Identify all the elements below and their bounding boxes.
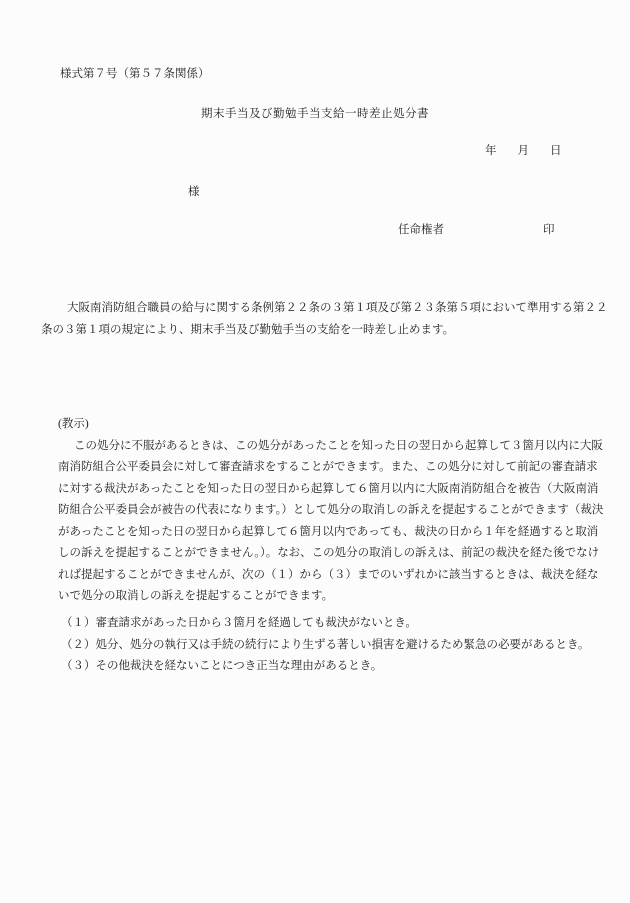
year-label: 年 [485,141,497,163]
kyoji-paragraph-line: 南消防組合公平委員会に対して審査請求をすることができます。また、この処分に対して… [58,457,618,479]
exception-item-1: （１）審査請求があった日から３箇月を経過しても裁決がないとき。 [61,613,616,635]
document-title: 期末手当及び勤勉手当支給一時差止処分書 [0,104,630,126]
exception-item-2: （２）処分、処分の執行又は手続の続行により生ずる著しい損害を避けるため緊急の必要… [61,635,616,657]
kyoji-paragraph-line: いで処分の取消しの訴えを提起することができます。 [58,586,618,608]
document-page: 様式第７号（第５７条関係） 期末手当及び勤勉手当支給一時差止処分書 年 月 日 … [0,0,630,903]
kyoji-paragraph-line: しの訴えを提起することができません。）。なお、この処分の取消しの訴えは、前記の裁… [58,543,618,565]
kyoji-paragraph-line: この処分に不服があるときは、この処分があったことを知った日の翌日から起算して３箇… [58,436,618,458]
issuer-label: 任命権者 [398,220,444,242]
kyoji-label: (教示) [58,414,618,436]
main-paragraph-line: 条の３第１項の規定により、期末手当及び勤勉手当の支給を一時差し止めます。 [41,320,616,342]
day-label: 日 [550,141,562,163]
exception-items: （１）審査請求があった日から３箇月を経過しても裁決がないとき。 （２）処分、処分… [61,613,616,678]
exception-item-3: （３）その他裁決を経ないことにつき正当な理由があるとき。 [61,656,616,678]
kyoji-paragraph-line: 防組合公平委員会が被告の代表になります。）として処分の取消しの訴えを提起すること… [58,500,618,522]
kyoji-paragraph-line: に対する裁決があったことを知った日の翌日から起算して６箇月以内に大阪南消防組合を… [58,479,618,501]
form-number: 様式第７号（第５７条関係） [60,64,210,86]
seal-mark: 印 [543,220,555,242]
kyoji-paragraph-line: があったことを知った日の翌日から起算して６箇月以内であっても、裁決の日から１年を… [58,522,618,544]
main-paragraph: 大阪南消防組合職員の給与に関する条例第２２条の３第１項及び第２３条第５項において… [41,298,616,341]
kyoji-paragraph-line: れば提起することができませんが、次の（１）から（３）までのいずれかに該当するとき… [58,565,618,587]
month-label: 月 [518,141,530,163]
main-paragraph-line: 大阪南消防組合職員の給与に関する条例第２２条の３第１項及び第２３条第５項において… [41,298,616,320]
addressee-honorific: 様 [188,182,200,204]
kyoji-section: (教示) この処分に不服があるときは、この処分があったことを知った日の翌日から起… [58,414,618,608]
date-line: 年 月 日 [485,141,562,163]
